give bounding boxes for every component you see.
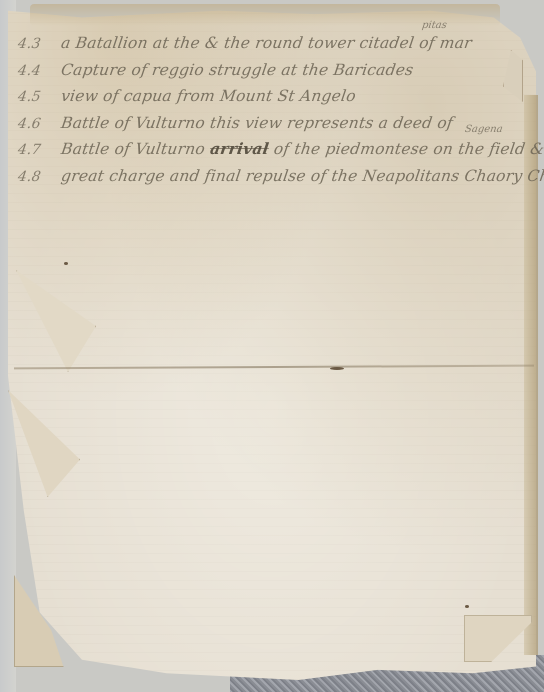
entry-number: 4.7: [16, 137, 58, 164]
list-entry: 4.8 great charge and final repulse of th…: [16, 163, 540, 190]
entry-text: great charge and final repulse of the Ne…: [60, 167, 544, 185]
entry-text: Capture of reggio struggle at the Barica…: [60, 61, 415, 79]
struck-word: arrival: [209, 139, 270, 158]
entry-text-after: of the piedmontese on the field &: [273, 140, 544, 158]
manuscript-scan: pitas Sagena 4.3 a Batallion at the & th…: [0, 0, 544, 692]
entry-number: 4.4: [16, 58, 58, 85]
entry-number: 4.8: [16, 164, 58, 191]
list-entry: 4.5 view of capua from Mount St Angelo: [16, 83, 540, 110]
entry-number: 4.6: [16, 111, 58, 138]
handwritten-list: 4.3 a Batallion at the & the round tower…: [18, 30, 538, 189]
entry-text-before: Battle of Vulturno: [60, 140, 206, 158]
list-entry: 4.3 a Batallion at the & the round tower…: [16, 30, 540, 57]
entry-text: Battle of Vulturno this view represents …: [60, 114, 454, 132]
entry-text: Battle of Vulturno arrival of the piedmo…: [60, 140, 544, 158]
ink-spot: [64, 262, 68, 265]
ink-spot: [330, 367, 344, 370]
list-entry: 4.7 Battle of Vulturno arrival of the pi…: [16, 136, 540, 163]
entry-text: view of capua from Mount St Angelo: [60, 87, 357, 105]
entry-number: 4.5: [16, 84, 58, 111]
list-entry: 4.4 Capture of reggio struggle at the Ba…: [16, 57, 540, 84]
entry-number: 4.3: [16, 31, 58, 58]
list-entry: 4.6 Battle of Vulturno this view represe…: [16, 110, 540, 137]
ink-spot: [465, 605, 469, 608]
entry-text: a Batallion at the & the round tower cit…: [60, 34, 473, 52]
